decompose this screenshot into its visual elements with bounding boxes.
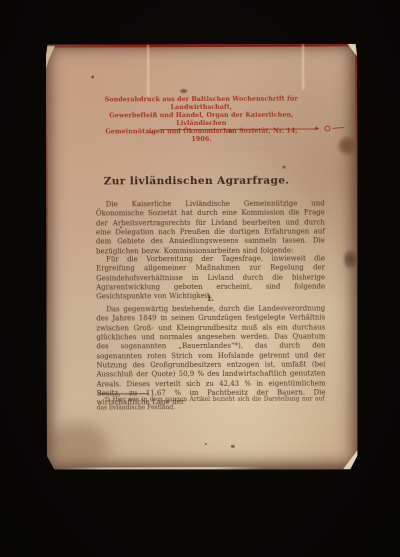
foxing-speck [231, 445, 235, 448]
stain-right-middle [344, 248, 357, 270]
footnote-separator [99, 393, 149, 394]
page-title: Zur livländischen Agrarfrage. [104, 175, 290, 188]
stain-bottom-left [47, 422, 109, 470]
worn-corner-top-left [45, 46, 55, 72]
fold-corner-bottom-right [343, 448, 359, 469]
underline-squiggle-icon [146, 125, 157, 133]
document-page: Sonderabdruck aus der Baltischen Wochens… [45, 43, 359, 470]
photo-background: Sonderabdruck aus der Baltischen Wochens… [0, 0, 400, 557]
underline-dash-flourish [332, 126, 344, 128]
underline-rule [159, 128, 317, 130]
footnote-text: *) Hier wie in dem ganzen Artikel bezieh… [97, 395, 325, 411]
page-red-edge-top [47, 43, 355, 47]
reprint-stamp: Sonderabdruck aus der Baltischen Wochens… [95, 96, 307, 145]
body-paragraph-1: Die Kaiserliche Livländische Gemeinnützi… [96, 199, 325, 256]
paper-crease-right [302, 44, 304, 90]
smudge-mark [180, 89, 187, 93]
stamp-underline-stroke [146, 123, 348, 134]
stamp-line-1: Sonderabdruck aus der Baltischen Wochens… [95, 96, 307, 113]
stain-right-upper [337, 136, 357, 155]
page-red-edge-left [45, 101, 48, 331]
underline-circle-flourish-icon [324, 125, 330, 131]
section-heading: I. [96, 293, 325, 303]
foxing-speck [205, 443, 207, 445]
page-red-edge-right [355, 45, 358, 185]
underline-center-mark [228, 130, 232, 133]
foxing-speck [283, 166, 286, 169]
paper-crease-left [147, 44, 149, 96]
foxing-speck [91, 75, 94, 78]
